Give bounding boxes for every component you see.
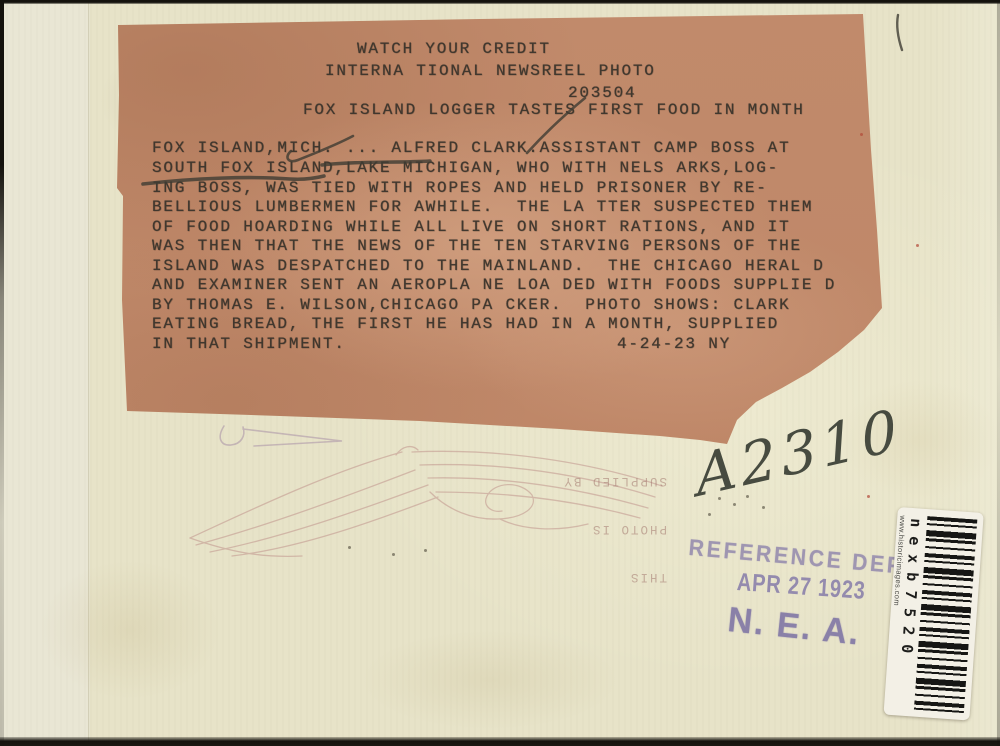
caption-body-line: AND EXAMINER SENT AN AEROPLA NE LOA DED … [152, 276, 836, 295]
red-speck [916, 244, 919, 247]
caption-body-line: FOX ISLAND,MICH. ... ALFRED CLARK.ASSIST… [152, 139, 791, 158]
ink-speck [392, 553, 395, 556]
red-speck [860, 133, 863, 136]
backing-left-panel [0, 0, 88, 746]
caption-body-line: WAS THEN THAT THE NEWS OF THE TEN STARVI… [152, 237, 802, 256]
caption-body-line: OF FOOD HOARDING WHILE ALL LIVE ON SHORT… [152, 218, 791, 237]
caption-dateline: 4-24-23 NY [617, 335, 731, 354]
offset-transfer-text: THIS PHOTO IS SUPPLIED BY [555, 441, 667, 617]
caption-body-line: EATING BREAD, THE FIRST HE HAS HAD IN A … [152, 315, 779, 334]
barcode-bars [914, 516, 977, 713]
paper-seam [88, 0, 90, 746]
caption-body-line: BELLIOUS LUMBERMEN FOR AWHILE. THE LA TT… [152, 198, 813, 217]
ink-speck [348, 546, 351, 549]
ink-speck [718, 497, 721, 500]
caption-body-line: ISLAND WAS DESPATCHED TO THE MAINLAND. T… [152, 257, 825, 276]
barcode-sticker: www.historicimages.com nexb7520 [883, 507, 983, 720]
stain [360, 630, 620, 730]
scan-border-bottom [0, 737, 1000, 746]
scan-border-left [0, 0, 4, 746]
caption-agency-line: INTERNA TIONAL NEWSREEL PHOTO [325, 62, 656, 81]
caption-body-line: IN THAT SHIPMENT. [152, 335, 346, 354]
caption-body-line: SOUTH FOX ISLAND,LAKE MICHIGAN, WHO WITH… [152, 159, 779, 178]
scan-border-top [0, 0, 1000, 4]
stamp-transfer-outline [220, 426, 342, 446]
nea-agency-stamp: N. E. A. [726, 600, 863, 654]
ink-speck [746, 495, 749, 498]
caption-credit-line: WATCH YOUR CREDIT [357, 40, 551, 59]
ink-speck [762, 506, 765, 509]
ink-speck [733, 503, 736, 506]
red-speck [867, 495, 870, 498]
ink-speck [424, 549, 427, 552]
photo-back-scan: THIS PHOTO IS SUPPLIED BY WATCH YOUR CRE… [0, 0, 1000, 746]
caption-body-line: BY THOMAS E. WILSON,CHICAGO PA CKER. PHO… [152, 296, 791, 315]
caption-headline: FOX ISLAND LOGGER TASTES FIRST FOOD IN M… [303, 101, 805, 120]
ink-speck [708, 513, 711, 516]
caption-body-line: ING BOSS, WAS TIED WITH ROPES AND HELD P… [152, 179, 768, 198]
